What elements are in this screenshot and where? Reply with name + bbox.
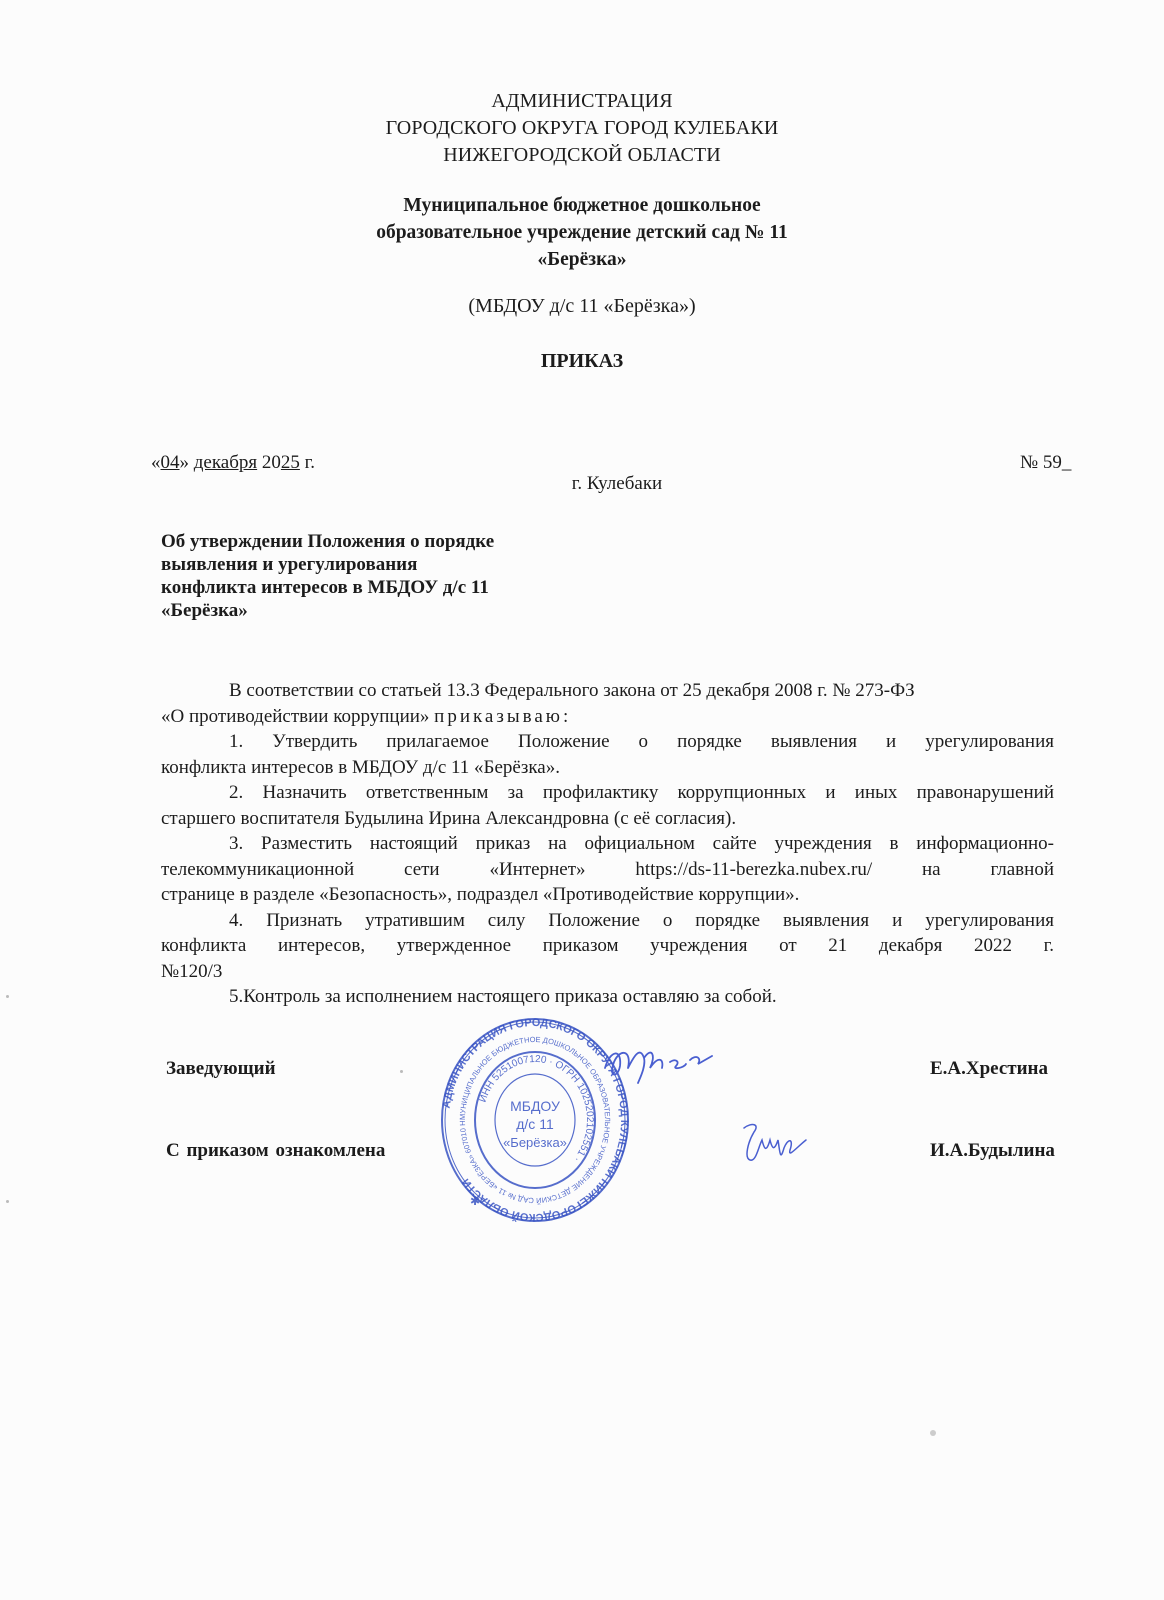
order-number: № 59_ — [1020, 452, 1071, 474]
intro-order-verb: приказываю: — [434, 706, 571, 727]
order-city: г. Кулебаки — [0, 473, 1164, 495]
org-line-2: образовательное учреждение детский сад №… — [0, 219, 1164, 246]
date-day: 04 — [161, 452, 180, 473]
item-4-line-2: конфликта интересов, утвержденное приказ… — [161, 933, 1054, 959]
stamp-center-line-2: д/с 11 — [516, 1116, 554, 1132]
acknowledgement-label: С приказом ознакомлена — [166, 1140, 385, 1162]
scan-speck — [6, 995, 9, 998]
item-4-line-1: 4. Признать утратившим силу Положение о … — [161, 908, 1054, 934]
item-3-line-1: 3. Разместить настоящий приказ на официа… — [161, 831, 1054, 857]
document-type-title: ПРИКАЗ — [0, 350, 1164, 373]
acknowledgement-name: И.А.Будылина — [930, 1140, 1055, 1162]
order-body: В соответствии со статьей 13.3 Федеральн… — [161, 678, 1054, 1010]
order-item-1: 1. Утвердить прилагаемое Положение о пор… — [161, 729, 1054, 780]
intro-line-2: «О противодействии коррупции» приказываю… — [161, 704, 1054, 730]
order-item-2: 2. Назначить ответственным за профилакти… — [161, 780, 1054, 831]
subject-line-1: Об утверждении Положения о порядке — [161, 530, 581, 553]
order-item-4: 4. Признать утратившим силу Положение о … — [161, 908, 1054, 985]
item-2-line-2: старшего воспитателя Будылина Ирина Алек… — [161, 806, 1054, 832]
authority-line-1: АДМИНИСТРАЦИЯ — [0, 88, 1164, 115]
svg-text:✱: ✱ — [470, 1194, 480, 1208]
head-signature — [600, 1038, 720, 1098]
handwritten-signature-icon — [600, 1038, 720, 1093]
date-year-suffix: 25 — [281, 452, 300, 473]
scan-speck — [6, 1200, 9, 1203]
item-1-line-2: конфликта интересов в МБДОУ д/с 11 «Берё… — [161, 755, 1054, 781]
organization-abbreviation: (МБДОУ д/с 11 «Берёзка») — [0, 295, 1164, 318]
org-line-3: «Берёзка» — [0, 246, 1164, 273]
scan-speck — [400, 1070, 403, 1073]
head-title: Заведующий — [166, 1058, 276, 1080]
organization-name: Муниципальное бюджетное дошкольное образ… — [0, 192, 1164, 273]
date-quote-close: » — [180, 452, 190, 473]
item-1-line-1: 1. Утвердить прилагаемое Положение о пор… — [161, 729, 1054, 755]
intro-line-1: В соответствии со статьей 13.3 Федеральн… — [161, 678, 1054, 704]
order-date: «04» декабря 2025 г. — [151, 452, 315, 474]
scan-speck — [930, 1430, 936, 1436]
stamp-center-line-1: МБДОУ — [510, 1098, 560, 1114]
date-month: декабря — [194, 452, 257, 473]
handwritten-signature-icon — [740, 1118, 810, 1168]
scanned-page: АДМИНИСТРАЦИЯ ГОРОДСКОГО ОКРУГА ГОРОД КУ… — [0, 0, 1164, 1600]
authority-line-3: НИЖЕГОРОДСКОЙ ОБЛАСТИ — [0, 142, 1164, 169]
subject-line-3: конфликта интересов в МБДОУ д/с 11 — [161, 576, 581, 599]
order-subject: Об утверждении Положения о порядке выявл… — [161, 530, 581, 622]
order-item-5: 5.Контроль за исполнением настоящего при… — [161, 984, 1054, 1010]
order-item-3: 3. Разместить настоящий приказ на официа… — [161, 831, 1054, 908]
item-5-line-1: 5.Контроль за исполнением настоящего при… — [161, 984, 1054, 1010]
org-line-1: Муниципальное бюджетное дошкольное — [0, 192, 1164, 219]
item-3-line-3: странице в разделе «Безопасность», подра… — [161, 882, 1054, 908]
date-tail: г. — [300, 452, 315, 473]
intro-law-name: «О противодействии коррупции» — [161, 706, 434, 727]
subject-line-4: «Берёзка» — [161, 599, 581, 622]
date-quote-open: « — [151, 452, 161, 473]
item-4-line-3: №120/3 — [161, 959, 1054, 985]
acknowledgement-signature — [740, 1118, 810, 1173]
head-name: Е.А.Хрестина — [930, 1058, 1048, 1080]
stamp-center-line-3: «Берёзка» — [503, 1135, 567, 1150]
item-2-line-1: 2. Назначить ответственным за профилакти… — [161, 780, 1054, 806]
subject-line-2: выявления и урегулирования — [161, 553, 581, 576]
date-year-prefix: 20 — [262, 452, 281, 473]
item-3-line-2: телекоммуникационной сети «Интернет» htt… — [161, 857, 1054, 883]
authority-line-2: ГОРОДСКОГО ОКРУГА ГОРОД КУЛЕБАКИ — [0, 115, 1164, 142]
issuing-authority: АДМИНИСТРАЦИЯ ГОРОДСКОГО ОКРУГА ГОРОД КУ… — [0, 88, 1164, 169]
